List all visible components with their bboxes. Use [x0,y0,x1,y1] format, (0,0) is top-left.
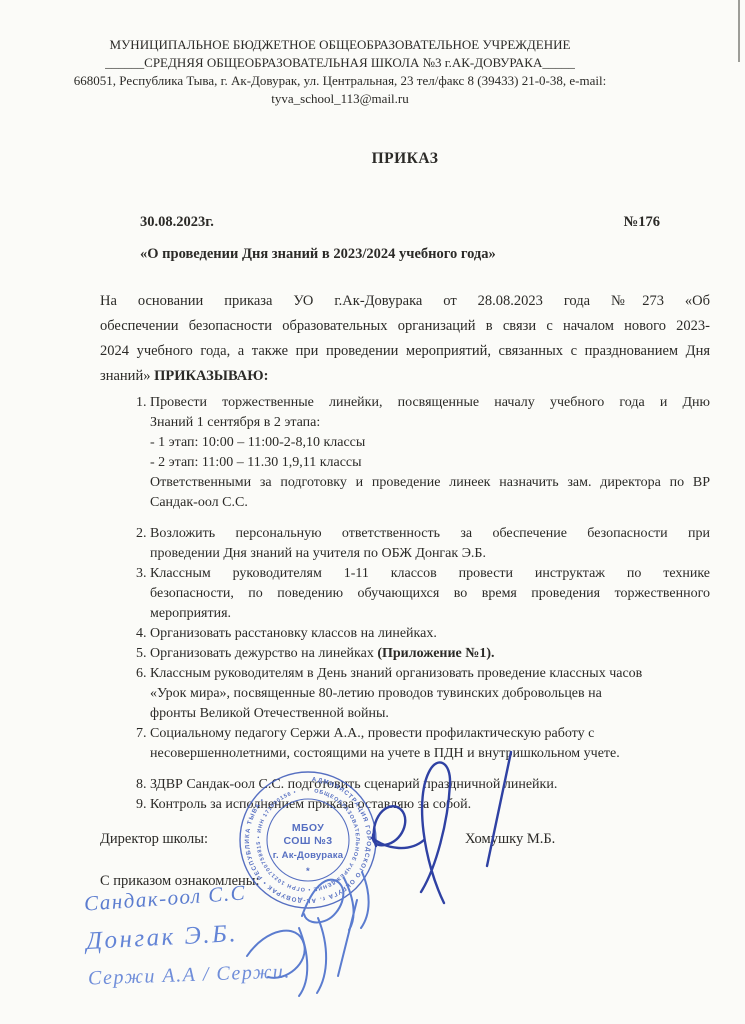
item-text: Организовать дежурство на линейках [150,646,374,661]
preamble-last-line: знаний» ПРИКАЗЫВАЮ: [100,364,710,389]
item-line: несовершеннолетними, состоящими на учете… [150,744,710,764]
item-bold-text: (Приложение №1). [377,646,494,661]
document-content: МУНИЦИПАЛЬНОЕ БЮДЖЕТНОЕ ОБЩЕОБРАЗОВАТЕЛЬ… [100,0,710,890]
item-line: ЗДВР Сандак-оол С.С. подготовить сценари… [150,775,710,795]
preamble-line: обеспечении безопасности образовательных… [100,314,710,339]
item-line: Социальному педагогу Сержи А.А., провест… [150,724,710,744]
preamble-text: знаний» [100,368,150,384]
item-line: Классным руководителям 1-11 классов пров… [150,564,710,584]
director-name: Хомушку М.Б. [465,831,555,848]
item-line: Сандак-оол С.С. [150,493,710,513]
order-date: 30.08.2023г. [140,214,214,231]
item-line: Провести торжественные линейки, посвящен… [150,393,710,413]
ack-signature-ink-2 [317,918,326,993]
order-number: №176 [624,214,660,231]
letterhead-line2: ______СРЕДНЯЯ ОБЩЕОБРАЗОВАТЕЛЬНАЯ ШКОЛА … [30,54,650,72]
order-subject: «О проведении Дня знаний в 2023/2024 уче… [140,246,710,263]
document-page: МУНИЦИПАЛЬНОЕ БЮДЖЕТНОЕ ОБЩЕОБРАЗОВАТЕЛЬ… [0,0,745,1024]
stamp-center-line1: МБОУ [292,822,324,834]
ack-signature-ink-2 [299,928,307,996]
order-item-1: Провести торжественные линейки, посвящен… [150,393,710,513]
item-line: - 2 этап: 11:00 – 11.30 1,9,11 классы [150,453,710,473]
stamp-center-line2: СОШ №3 [284,835,333,847]
stamp-center-line3: г. Ак-Довурака [273,850,344,861]
item-line: Организовать расстановку классов на лине… [150,624,710,644]
letterhead-line1: МУНИЦИПАЛЬНОЕ БЮДЖЕТНОЕ ОБЩЕОБРАЗОВАТЕЛЬ… [30,36,650,54]
letterhead-contacts: 668051, Республика Тыва, г. Ак-Довурак, … [30,72,650,90]
preamble-keyword: ПРИКАЗЫВАЮ: [154,368,268,384]
signature-row: Директор школы: Хомушку М.Б. [100,831,710,853]
order-item-4: Организовать расстановку классов на лине… [150,624,710,644]
item-line: фронты Великой Отечественной войны. [150,704,710,724]
preamble: На основании приказа УО г.Ак-Довурака от… [100,289,710,389]
item-line: Контроль за исполнением приказа оставляю… [150,795,710,815]
order-item-9: Контроль за исполнением приказа оставляю… [150,795,710,815]
item-line: Возложить персональную ответственность з… [150,524,710,544]
handwritten-signature-2: Донгак Э.Б. [85,920,238,956]
order-item-3: Классным руководителям 1-11 классов пров… [150,564,710,624]
order-item-6: Классным руководителям в День знаний орг… [150,664,710,724]
item-line: Знаний 1 сентября в 2 этапа: [150,413,710,433]
item-line: Классным руководителям в День знаний орг… [150,664,710,684]
order-item-7: Социальному педагогу Сержи А.А., провест… [150,724,710,764]
order-title: ПРИКАЗ [100,150,710,168]
preamble-line: На основании приказа УО г.Ак-Довурака от… [100,289,710,314]
item-line: мероприятия. [150,604,710,624]
item-line: «Урок мира», посвященные 80-летию провод… [150,684,710,704]
order-items: Провести торжественные линейки, посвящен… [100,393,710,815]
item-line: Организовать дежурство на линейках (Прил… [150,644,710,664]
date-number-row: 30.08.2023г. №176 [140,214,660,231]
letterhead: МУНИЦИПАЛЬНОЕ БЮДЖЕТНОЕ ОБЩЕОБРАЗОВАТЕЛЬ… [30,0,650,108]
order-item-2: Возложить персональную ответственность з… [150,524,710,564]
item-line: безопасности, по поведению обучающихся в… [150,584,710,604]
scan-artifact [738,0,740,62]
stamp-star: * [306,866,310,877]
order-item-8: ЗДВР Сандак-оол С.С. подготовить сценари… [150,775,710,795]
preamble-line: 2024 учебного года, а также при проведен… [100,339,710,364]
letterhead-email: tyva_school_113@mail.ru [30,90,650,108]
director-label: Директор школы: [100,831,208,847]
school-stamp: АДМИНИСТРАЦИЯ ГОРОДСКОГО ОКРУГА г. АК-ДО… [236,768,380,912]
item-line: проведении Дня знаний на учителя по ОБЖ … [150,544,710,564]
order-item-5: Организовать дежурство на линейках (Прил… [150,644,710,664]
item-line: Ответственными за подготовку и проведени… [150,473,710,493]
handwritten-signature-3: Сержи А.А / Сержи. [88,960,292,990]
item-line: - 1 этап: 10:00 – 11:00-2-8,10 классы [150,433,710,453]
